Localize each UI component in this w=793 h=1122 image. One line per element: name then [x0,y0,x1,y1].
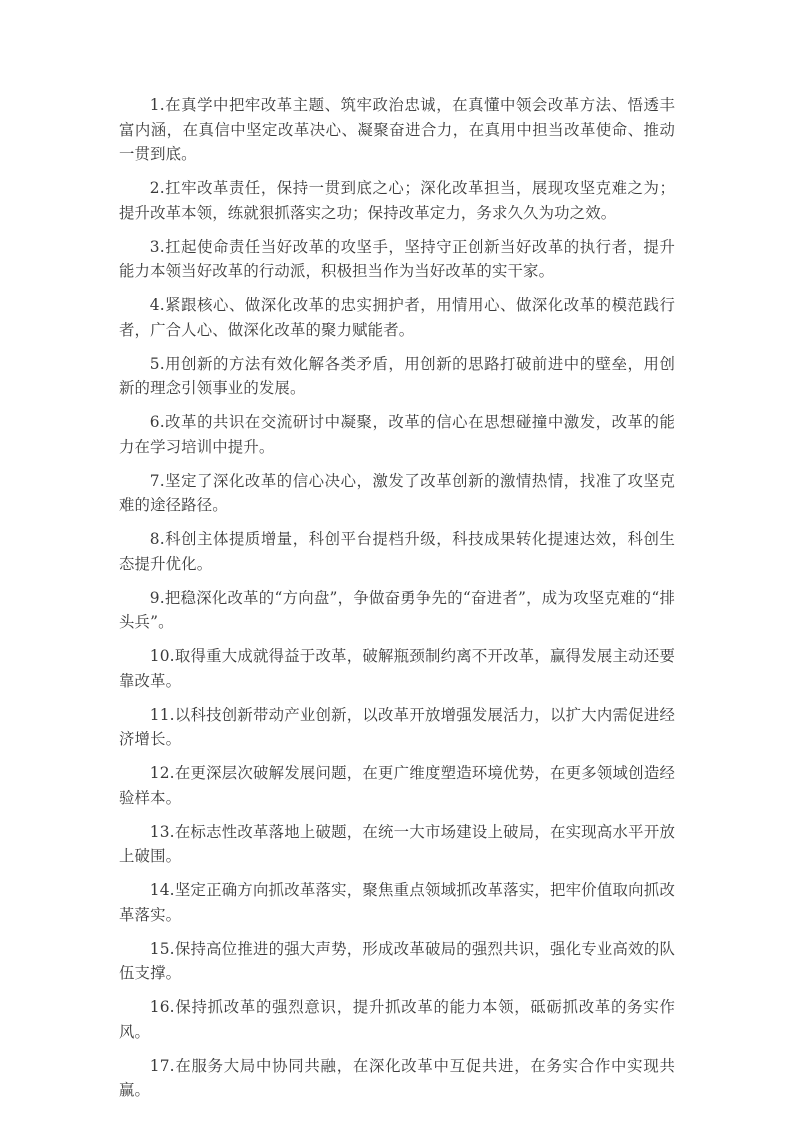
paragraph-4: 4.紧跟核心、做深化改革的忠实拥护者，用情用心、做深化改革的模范践行者，广合人心… [119,293,675,342]
paragraph-15: 15.保持高位推进的强大声势，形成改革破局的强烈共识，强化专业高效的队伍支撑。 [119,937,675,986]
paragraph-16: 16.保持抓改革的强烈意识，提升抓改革的能力本领，砥砺抓改革的务实作风。 [119,995,675,1044]
paragraph-6: 6.改革的共识在交流研讨中凝聚，改革的信心在思想碰撞中激发，改革的能力在学习培训… [119,410,675,459]
paragraph-17: 17.在服务大局中协同共融，在深化改革中互促共进，在务实合作中实现共赢。 [119,1054,675,1103]
paragraph-9: 9.把稳深化改革的“方向盘”，争做奋勇争先的“奋进者”，成为攻坚克难的“排头兵”… [119,586,675,635]
document-page: 1.在真学中把牢改革主题、筑牢政治忠诚，在真懂中领会改革方法、悟透丰富内涵，在真… [119,93,675,1112]
paragraph-14: 14.坚定正确方向抓改革落实，聚焦重点领域抓改革落实，把牢价值取向抓改革落实。 [119,878,675,927]
paragraph-12: 12.在更深层次破解发展问题，在更广维度塑造环境优势，在更多领域创造经验样本。 [119,761,675,810]
paragraph-3: 3.扛起使命责任当好改革的攻坚手，坚持守正创新当好改革的执行者，提升能力本领当好… [119,235,675,284]
paragraph-13: 13.在标志性改革落地上破题，在统一大市场建设上破局，在实现高水平开放上破围。 [119,820,675,869]
paragraph-2: 2.扛牢改革责任，保持一贯到底之心；深化改革担当，展现攻坚克难之为；提升改革本领… [119,176,675,225]
paragraph-11: 11.以科技创新带动产业创新，以改革开放增强发展活力，以扩大内需促进经济增长。 [119,703,675,752]
paragraph-5: 5.用创新的方法有效化解各类矛盾，用创新的思路打破前进中的壁垒，用创新的理念引领… [119,352,675,401]
paragraph-10: 10.取得重大成就得益于改革，破解瓶颈制约离不开改革，赢得发展主动还要靠改革。 [119,644,675,693]
paragraph-7: 7.坚定了深化改革的信心决心，激发了改革创新的激情热情，找准了攻坚克难的途径路径… [119,469,675,518]
paragraph-8: 8.科创主体提质增量，科创平台提档升级，科技成果转化提速达效，科创生态提升优化。 [119,527,675,576]
paragraph-1: 1.在真学中把牢改革主题、筑牢政治忠诚，在真懂中领会改革方法、悟透丰富内涵，在真… [119,93,675,167]
